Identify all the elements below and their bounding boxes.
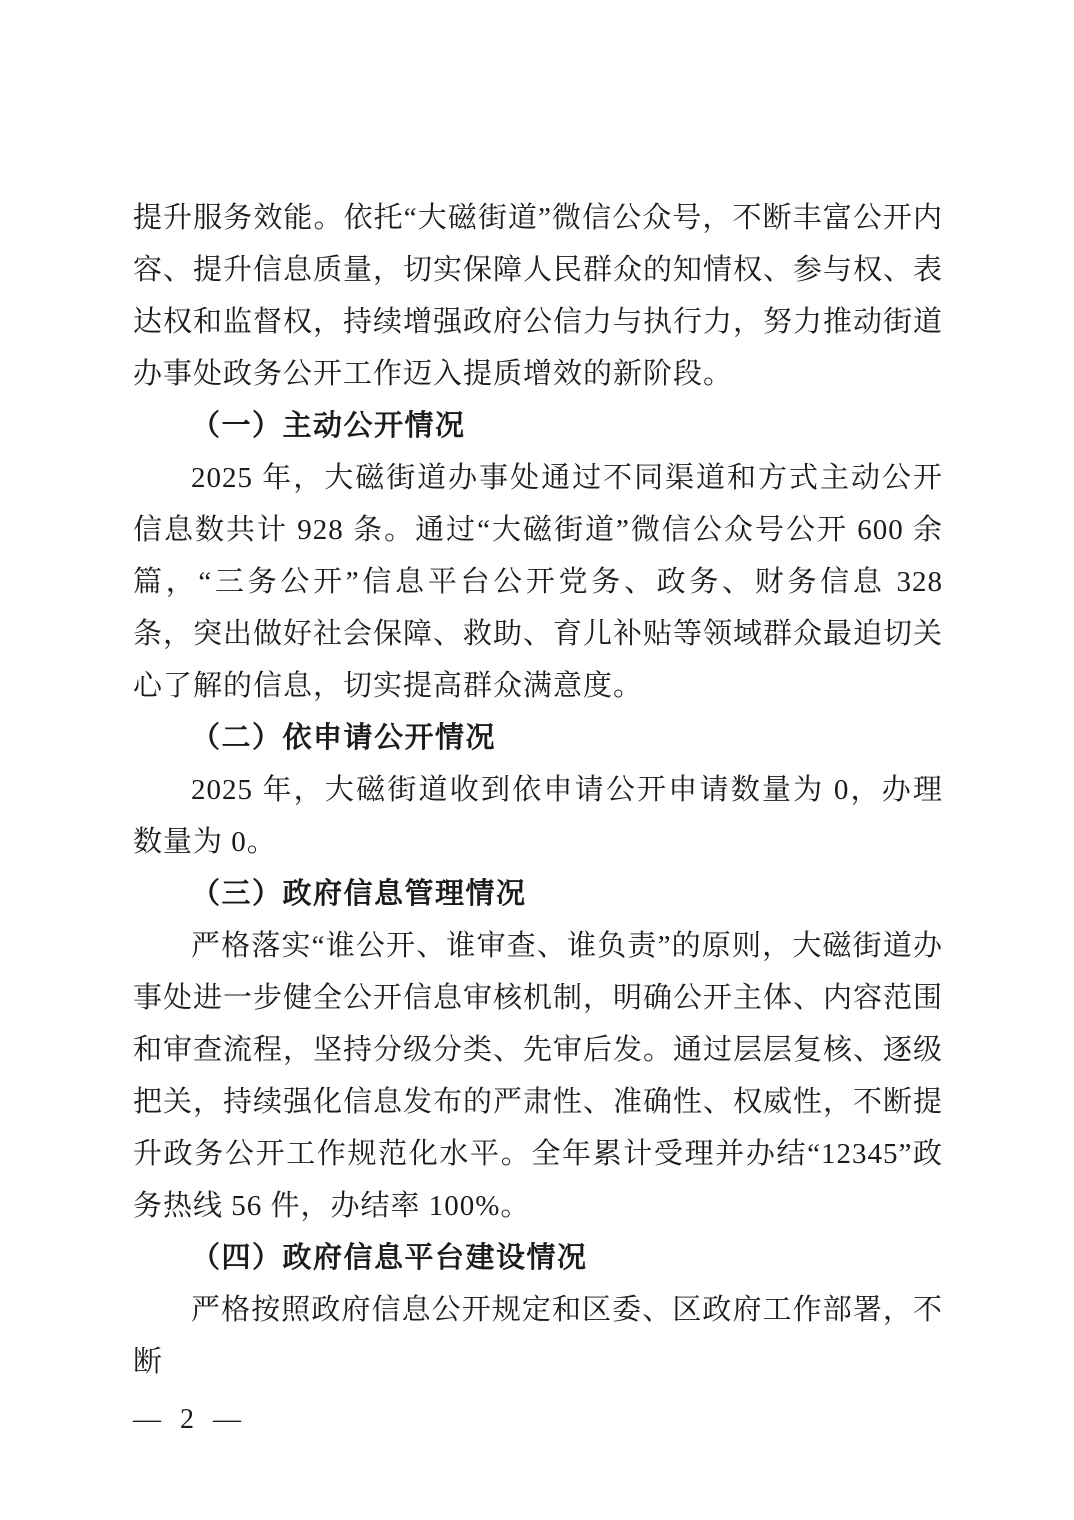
section-heading-4: （四）政府信息平台建设情况 [133,1232,943,1284]
section-heading-1: （一）主动公开情况 [133,400,943,452]
paragraph: 2025 年，大磁街道办事处通过不同渠道和方式主动公开信息数共计 928 条。通… [133,452,943,712]
page-footer: — 2 — [133,1402,241,1438]
paragraph: 严格按照政府信息公开规定和区委、区政府工作部署，不断 [133,1284,943,1388]
page-number: — 2 — [133,1404,241,1435]
document-page: 提升服务效能。依托“大磁街道”微信公众号，不断丰富公开内容、提升信息质量，切实保… [0,0,1074,1520]
section-heading-2: （二）依申请公开情况 [133,712,943,764]
document-body: 提升服务效能。依托“大磁街道”微信公众号，不断丰富公开内容、提升信息质量，切实保… [133,192,943,1388]
paragraph-continuation: 提升服务效能。依托“大磁街道”微信公众号，不断丰富公开内容、提升信息质量，切实保… [133,192,943,400]
section-heading-3: （三）政府信息管理情况 [133,868,943,920]
paragraph: 2025 年，大磁街道收到依申请公开申请数量为 0，办理数量为 0。 [133,764,943,868]
paragraph: 严格落实“谁公开、谁审查、谁负责”的原则，大磁街道办事处进一步健全公开信息审核机… [133,920,943,1232]
